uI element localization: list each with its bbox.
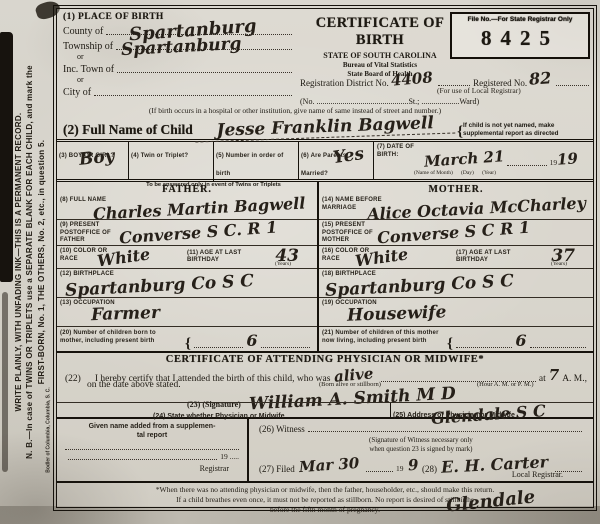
children-born-dots-left [194,346,243,348]
margin-note-firstborn: FIRST-BORN, No. 1, THE OTHERS, No. 2, et… [38,140,46,385]
children-born-label: (20) Number of children born to mother, … [60,330,185,345]
date-of-birth-cell: (7) DATE OF BIRTH: March 21 19 19 (Name … [374,142,593,179]
scanned-birth-certificate: WRITE PLAINLY, WITH UNFADING INK—THIS IS… [0,0,600,524]
township-label: Township of [63,41,113,52]
mother-age-label: (17) AGE AT LAST BIRTHDAY [456,250,518,265]
children-living-dots-left [456,346,512,348]
local-registrar-label: Local Registrar. [512,470,563,479]
mother-column: MOTHER. (14) NAME BEFORE MARRIAGE Alice … [319,182,593,351]
supplemental-year-line: 19 ..... [65,450,239,462]
item22-label: (22) [65,374,81,384]
supplemental-name-note-line1: If child is not yet named, make [463,122,591,130]
father-column: FATHER. (8) FULL NAME Charles Martin Bag… [57,182,319,351]
dob-blank-line [507,164,546,166]
state-whether-cell: (24) State whether Physician or Midwife [57,403,391,417]
inc-town-label: Inc. Town of [63,64,114,75]
witness-note: (Signature of Witness necessary only whe… [369,436,473,454]
twin-cell: (4) Twin or Triplet? [129,142,214,182]
state-subtitle: STATE OF SOUTH CAROLINA [299,51,461,60]
certificate-title: CERTIFICATE OF BIRTH [299,15,461,49]
children-born-label-line1: (20) Number of children born to [60,330,156,336]
physician-bottom-row: (24) State whether Physician or Midwife … [57,402,593,417]
local-registrar-use-note: (For use of Local Registrar) [437,86,521,96]
hour-am-pm-note: (Hour A. M. or P. M.) [477,381,534,388]
mother-occupation-handwritten-value: Housewife [347,302,447,325]
filed-printed-year: 19 [396,464,404,474]
street-ward-line: (No. ...................................… [300,97,592,106]
registrar-label: Registrar [65,464,239,473]
father-occupation-handwritten-value: Farmer [91,303,161,325]
father-birthplace-row: (12) BIRTHPLACE Spartanburg Co S C [57,269,317,298]
file-number-box-label: File No.—For State Registrar Only [455,16,585,23]
district-handwritten-value: 4408 [390,68,433,90]
children-born-dots-right [261,346,310,348]
dob-printed-year: 19 [550,158,558,168]
filed-label: (27) Filed [259,464,295,474]
witness-line: (26) Witness [259,424,585,434]
twin-label: (4) Twin or Triplet? [131,153,188,159]
parents-section: FATHER. (8) FULL NAME Charles Martin Bag… [57,182,593,353]
mother-section-title: MOTHER. [319,182,593,195]
printer-imprint: Bodler of Columbia, Columbia, S. C. [47,387,52,473]
mother-postoffice-label: (15) PRESENT POSTOFFICE OF MOTHER [322,222,384,245]
father-postoffice-handwritten-value: Converse S C. R 1 [119,217,278,247]
birth-details-row: (3) BOY OR GIRL? Boy (4) Twin or Triplet… [57,142,593,182]
supplemental-note-line1: Given name added from a supplemen- [65,422,239,431]
filed-blank-line [366,470,393,472]
filed-date-handwritten-value: Mar 30 [298,454,359,476]
supplemental-note-line2: tal report [65,431,239,440]
mother-race-age-row: (16) COLOR OR RACE White (17) AGE AT LAS… [319,246,593,269]
twin-order-cellgroup: (4) Twin or Triplet? (5) Number in order… [129,142,299,179]
mother-name-row: (14) NAME BEFORE MARRIAGE Alice Octavia … [319,195,593,220]
birth-order-cell: (5) Number in order of birth [214,142,298,182]
bureau-subtitle: Bureau of Vital Statistics [299,61,461,69]
supplemental-report-box: Given name added from a supplemen- tal r… [57,419,249,481]
mother-birthplace-row: (18) BIRTHPLACE Spartanburg Co S C [319,269,593,298]
mother-occupation-row: (19) OCCUPATION Housewife [319,298,593,327]
date-stated-text: on the date above stated. [87,380,181,390]
witness-blank-line [308,430,582,432]
father-section-title: FATHER. [57,182,317,195]
mother-age-sublabel: (Years) [551,261,567,267]
birth-order-label: (5) Number in order of birth [216,153,283,177]
children-born-label-line2: mother, including present birth [60,338,155,344]
at-label: at [539,374,546,384]
city-label: City of [63,87,91,98]
dob-year-handwritten-value: 19 [557,149,579,168]
father-age-sublabel: (Years) [275,261,291,267]
supplemental-year-blank: 19 ..... [220,452,239,462]
children-born-brace: { [185,338,191,350]
scan-edge-artifact-2 [2,292,8,472]
children-living-handwritten-value: 6 [515,331,526,350]
county-label: County of [63,26,103,37]
supplemental-blank-line-1 [65,440,239,450]
mother-postoffice-row: (15) PRESENT POSTOFFICE OF MOTHER Conver… [319,220,593,246]
filed-year-handwritten-value: 9 [407,456,419,475]
father-race-age-row: (10) COLOR OR RACE White (11) AGE AT LAS… [57,246,317,269]
witness-note-line2: when question 23 is signed by mark) [369,445,473,454]
children-living-dots-right [530,346,586,348]
footnote-section: *When there was no attending physician o… [57,483,593,515]
margin-note-permanent-record: WRITE PLAINLY, WITH UNFADING INK—THIS IS… [15,113,23,412]
physician-section-title: CERTIFICATE OF ATTENDING PHYSICIAN OR MI… [57,353,593,365]
children-living-brace: { [447,338,453,350]
father-age-label: (11) AGE AT LAST BIRTHDAY [187,250,249,265]
children-born-handwritten-value: 6 [246,331,257,350]
physician-section: CERTIFICATE OF ATTENDING PHYSICIAN OR MI… [57,353,593,419]
scan-edge-artifact [0,32,13,282]
children-living-row: (21) Number of children of this mother n… [319,327,593,351]
filing-section: Given name added from a supplemen- tal r… [57,419,593,483]
am-label: A. M., [562,374,587,384]
father-name-row: (8) FULL NAME Charles Martin Bagwell [57,195,317,220]
father-postoffice-row: (9) PRESENT POSTOFFICE OF FATHER Convers… [57,220,317,246]
witness-note-line1: (Signature of Witness necessary only [369,436,473,445]
supplemental-name-note-line2: supplemental report as directed [463,130,591,138]
inc-town-blank-line [117,71,292,73]
filing-right-block: (26) Witness (Signature of Witness neces… [249,419,593,481]
witness-label: (26) Witness [259,424,305,434]
item28-label: (28) [422,464,437,474]
children-living-label: (21) Number of children of this mother n… [322,330,447,345]
physician-address-cell: (25) Address of Physician or Midwife Gle… [391,403,593,417]
father-postoffice-label: (9) PRESENT POSTOFFICE OF FATHER [60,222,122,245]
file-number-box: File No.—For State Registrar Only 8425 [450,12,590,59]
header-section: (1) PLACE OF BIRTH County of Township of… [57,9,593,115]
dob-handwritten-value: March 21 [423,147,504,171]
district-label: Registration District No. [300,78,389,88]
hour-handwritten-value: 7 [549,366,559,384]
children-born-row: (20) Number of children born to mother, … [57,327,317,351]
or-label-2: or [63,75,295,83]
child-name-label: (2) Full Name of Child [63,122,193,138]
children-living-label-line1: (21) Number of children of this mother [322,330,439,336]
margin-note-twins: N. B.—In case of TWINS OR TRIPLETS use a… [26,65,34,459]
children-living-label-line2: now living, including present birth [322,338,427,344]
sex-cell: (3) BOY OR GIRL? Boy [57,142,129,179]
child-name-row: (2) Full Name of Child Jesse Franklin Ba… [57,115,593,142]
supplemental-name-note: If child is not yet named, make suppleme… [463,122,591,138]
registered-blank-line [556,84,589,86]
place-of-birth-block: (1) PLACE OF BIRTH County of Township of… [63,12,295,98]
dob-sublabel: (Name of Month) (Day) (Year) [414,170,496,176]
registered-no-handwritten-value: 82 [528,68,552,89]
father-occupation-row: (13) OCCUPATION Farmer [57,298,317,327]
supplemental-blank-line-2 [68,458,217,460]
file-number-value: 8425 [455,26,585,51]
city-blank-line [94,94,292,96]
parents-married-handwritten-value: Yes [332,144,366,168]
parents-married-cell: (6) Are Parents Married? Yes [299,142,374,179]
certificate-form: (1) PLACE OF BIRTH County of Township of… [56,8,594,508]
sex-handwritten-value: Boy [78,146,115,170]
child-name-handwritten-value: Jesse Franklin Bagwell [194,112,455,142]
mother-postoffice-handwritten-value: Converse S C R 1 [377,218,531,248]
